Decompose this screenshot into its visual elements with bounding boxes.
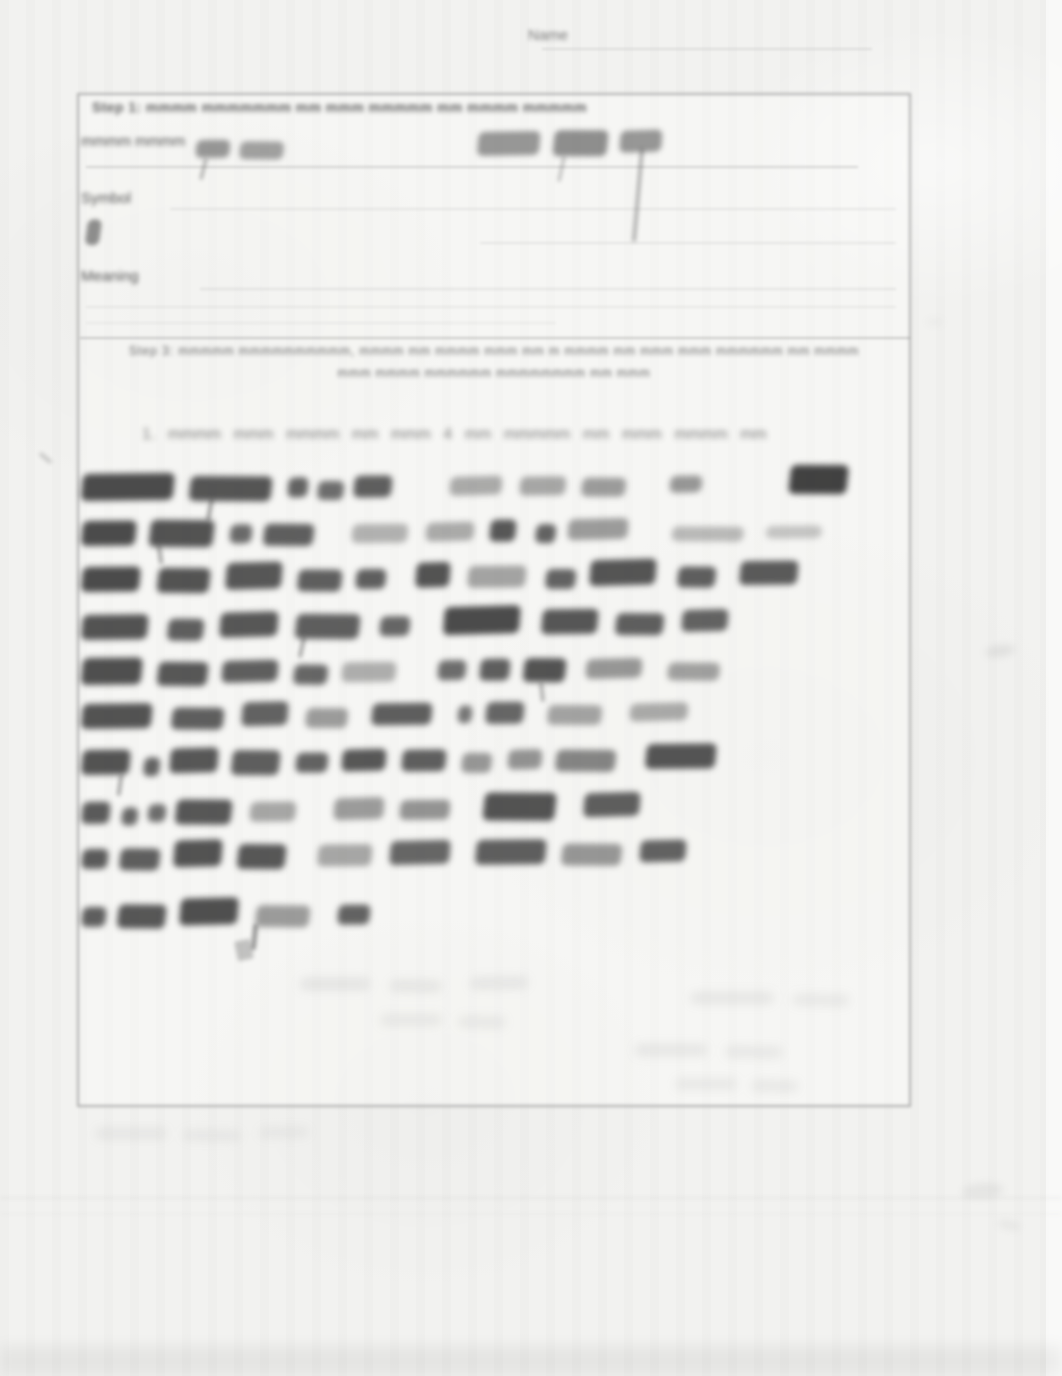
ink-word xyxy=(262,524,314,546)
ink-word xyxy=(317,844,373,867)
ink-word xyxy=(341,662,397,683)
rule-line xyxy=(86,322,556,324)
ink-word xyxy=(81,849,109,869)
pen-stroke xyxy=(38,452,52,465)
ink-word xyxy=(457,1016,506,1029)
ink-word xyxy=(449,475,503,496)
ink-word xyxy=(541,609,599,635)
ink-word xyxy=(724,1045,783,1058)
ink-word xyxy=(143,757,161,776)
ink-word xyxy=(467,565,527,588)
ink-word xyxy=(489,519,517,541)
ghost-line xyxy=(635,1044,783,1056)
ink-word xyxy=(437,660,467,681)
ghost-line xyxy=(675,1078,799,1090)
ink-word xyxy=(389,840,451,866)
ghost-line xyxy=(380,1014,506,1026)
ink-word xyxy=(156,662,209,686)
ink-word xyxy=(535,524,557,543)
ink-word xyxy=(241,701,289,726)
ink-word xyxy=(379,1014,442,1026)
ink-word xyxy=(94,1128,167,1139)
rule-line xyxy=(200,288,896,290)
rule-line xyxy=(170,208,896,210)
ink-word xyxy=(457,705,472,723)
ink-word xyxy=(341,748,387,771)
smudge-mark xyxy=(984,643,1015,659)
ink-word xyxy=(639,839,687,862)
ink-word xyxy=(81,749,131,775)
ink-word xyxy=(629,702,688,722)
ink-word xyxy=(337,904,371,924)
handwriting-line xyxy=(196,139,284,158)
ink-word xyxy=(195,140,231,158)
ink-word xyxy=(81,703,153,729)
ink-word xyxy=(239,141,285,159)
ink-word xyxy=(333,797,385,821)
handwriting-line xyxy=(82,697,688,729)
ink-word xyxy=(669,475,702,493)
ink-word xyxy=(299,978,370,990)
ink-word xyxy=(219,611,279,638)
ink-word xyxy=(188,476,273,501)
ink-word xyxy=(236,844,287,869)
ghost-line xyxy=(300,978,528,990)
handwriting-line xyxy=(82,463,848,501)
ink-word xyxy=(581,477,627,496)
ink-word xyxy=(791,993,850,1006)
rule-line xyxy=(480,242,896,244)
ink-word xyxy=(81,520,137,546)
scan-seam xyxy=(0,1197,1062,1199)
ink-word xyxy=(461,753,493,773)
ink-word xyxy=(554,750,616,772)
ink-word xyxy=(317,481,345,500)
ink-word xyxy=(667,662,721,680)
ink-word xyxy=(287,477,309,498)
ink-word xyxy=(85,219,103,245)
handwriting-line xyxy=(82,651,720,685)
ink-word xyxy=(121,807,139,825)
ink-word xyxy=(399,799,451,820)
ink-word xyxy=(355,569,387,589)
pen-stroke xyxy=(157,544,164,564)
rule-line xyxy=(542,48,872,50)
rule-line xyxy=(80,337,910,339)
ink-word xyxy=(255,905,311,927)
ghost-line xyxy=(95,1128,309,1139)
ink-word xyxy=(583,792,641,818)
handwriting-line xyxy=(82,789,640,824)
ink-word xyxy=(547,705,603,725)
pen-stroke xyxy=(557,156,565,182)
ink-word xyxy=(174,799,233,824)
ink-word xyxy=(479,659,511,681)
ink-word xyxy=(475,839,547,865)
pen-stroke xyxy=(116,774,123,796)
ink-word xyxy=(522,658,567,682)
rule-line xyxy=(86,306,896,308)
ink-word xyxy=(225,561,283,590)
ink-word xyxy=(545,569,577,589)
ink-word xyxy=(171,707,225,729)
ink-word xyxy=(482,792,557,820)
page-bottom-band xyxy=(0,1346,1062,1376)
ink-word xyxy=(81,907,107,927)
ghost-line xyxy=(690,992,850,1004)
scan-seam xyxy=(0,1213,1062,1215)
handwriting-line xyxy=(82,897,370,927)
handwriting-line xyxy=(86,219,101,245)
pen-stroke xyxy=(199,158,207,180)
ink-word xyxy=(689,992,774,1004)
scanned-worksheet-page: { "meta": { "document_type": "scanned ha… xyxy=(0,0,1062,1376)
ink-word xyxy=(519,476,567,496)
ink-word xyxy=(296,569,342,591)
ink-word xyxy=(229,524,252,544)
ink-word xyxy=(147,804,166,823)
pen-stroke xyxy=(632,148,644,242)
ink-word xyxy=(788,465,849,494)
ink-word xyxy=(379,616,411,636)
ink-word xyxy=(560,843,622,865)
ink-word xyxy=(634,1044,707,1056)
ink-word xyxy=(765,525,822,539)
ink-word xyxy=(249,801,297,822)
ink-word xyxy=(677,566,717,587)
ink-word xyxy=(221,659,279,683)
ink-word xyxy=(118,848,160,870)
handwriting-line xyxy=(82,743,716,775)
ink-word xyxy=(293,664,329,684)
ink-word xyxy=(415,562,451,588)
ink-word xyxy=(674,1078,737,1090)
ink-word xyxy=(585,658,643,680)
ink-word xyxy=(81,614,149,640)
handwriting-line xyxy=(82,604,728,640)
ink-word xyxy=(371,703,433,726)
ink-word xyxy=(353,475,393,497)
ink-word xyxy=(401,749,447,771)
ink-word xyxy=(614,613,664,635)
smudge-mark xyxy=(926,318,944,326)
ink-word xyxy=(81,473,176,501)
ink-word xyxy=(182,1129,241,1141)
handwriting-line xyxy=(82,511,822,546)
ink-word xyxy=(156,568,211,593)
ink-word xyxy=(116,904,167,928)
handwriting-line xyxy=(82,558,798,592)
ink-word xyxy=(507,749,543,770)
ink-word xyxy=(552,130,609,156)
ink-word xyxy=(645,743,717,769)
ink-word xyxy=(81,802,111,824)
smudge-mark xyxy=(996,1218,1022,1233)
ink-word xyxy=(739,560,799,585)
ink-word xyxy=(166,619,204,641)
ink-word xyxy=(425,521,475,541)
pen-stroke xyxy=(539,682,545,702)
ink-word xyxy=(259,1127,310,1139)
ink-word xyxy=(681,609,729,632)
ink-word xyxy=(750,1080,799,1093)
ink-word xyxy=(470,976,529,989)
ink-word xyxy=(295,752,329,772)
handwriting-line xyxy=(82,836,686,869)
ink-word xyxy=(567,518,629,541)
handwriting-layer xyxy=(0,0,1062,1376)
ink-word xyxy=(81,566,141,592)
pen-stroke xyxy=(251,924,259,950)
ink-word xyxy=(671,526,745,542)
ink-word xyxy=(389,980,442,993)
ink-word xyxy=(589,558,657,586)
ink-word xyxy=(443,605,521,635)
ink-word xyxy=(179,897,239,926)
ink-word xyxy=(485,702,525,724)
ink-word xyxy=(81,657,144,685)
ink-word xyxy=(173,839,223,867)
ink-word xyxy=(477,131,541,156)
handwriting-line xyxy=(478,127,662,156)
ink-word xyxy=(351,524,409,544)
ink-word xyxy=(305,708,349,728)
ink-word xyxy=(169,747,219,773)
ink-word xyxy=(230,750,281,775)
